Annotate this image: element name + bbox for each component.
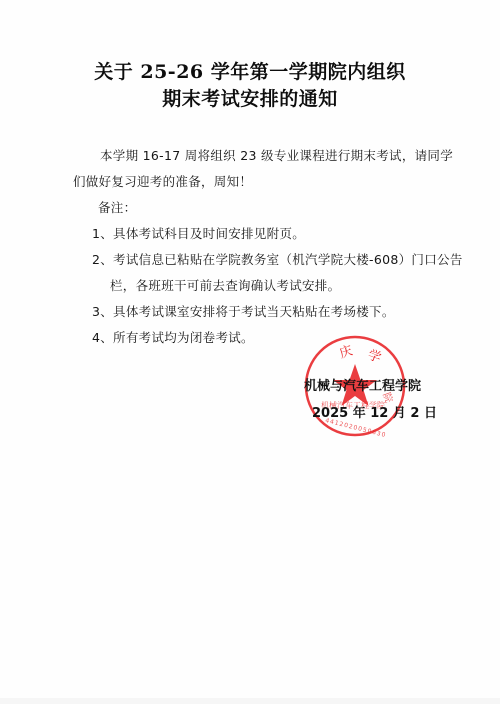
title-line-2: 期末考试安排的通知 — [0, 84, 500, 111]
signature-department: 机械与汽车工程学院 — [304, 375, 421, 394]
note-item-1: 1、具体考试科目及时间安排见附页。 — [92, 224, 305, 242]
note-item-4: 4、所有考试均为闭卷考试。 — [92, 328, 254, 346]
note-item-2: 2、考试信息已粘贴在学院教务室（机汽学院大楼-608）门口公告 — [92, 250, 463, 268]
title-line-1: 关于 25-26 学年第一学期院内组织 — [0, 57, 500, 84]
document-page: 关于 25-26 学年第一学期院内组织 期末考试安排的通知 本学期 16-17 … — [0, 0, 500, 704]
note-item-3: 3、具体考试课室安排将于考试当天粘贴在考场楼下。 — [92, 302, 395, 320]
svg-text:学: 学 — [366, 348, 383, 367]
note-item-2-continued: 栏，各班班干可前去查询确认考试安排。 — [110, 276, 340, 294]
body-line-2: 们做好复习迎考的准备，周知！ — [73, 172, 252, 190]
notes-label: 备注： — [98, 198, 136, 216]
body-line-1: 本学期 16-17 周将组织 23 级专业课程进行期末考试，请同学 — [100, 146, 453, 164]
svg-text:庆: 庆 — [337, 343, 354, 362]
signature-date: 2025 年 12 月 2 日 — [312, 402, 437, 421]
page-edge — [0, 698, 500, 704]
